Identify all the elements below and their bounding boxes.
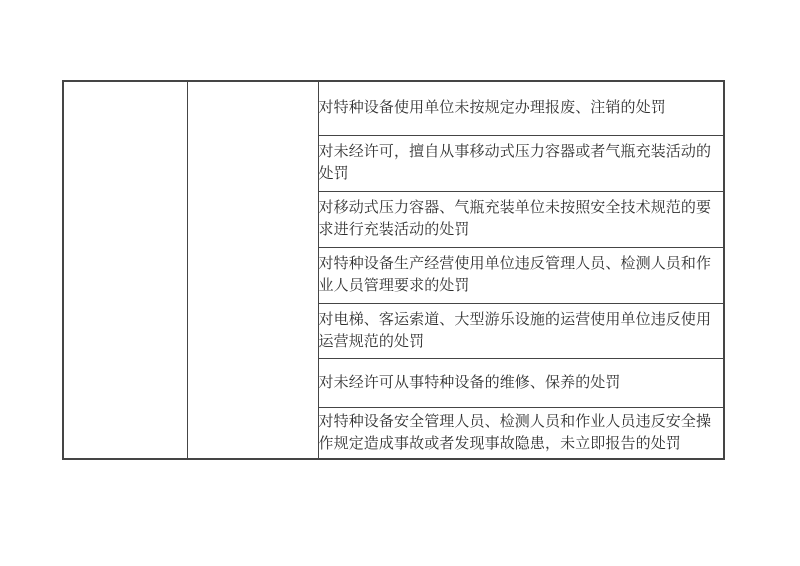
document-page: 对特种设备使用单位未按规定办理报废、注销的处罚 对未经许可，擅自从事移动式压力容… — [0, 0, 800, 566]
penalty-cell: 对特种设备安全管理人员、检测人员和作业人员违反安全操作规定造成事故或者发现事故隐… — [318, 407, 724, 459]
empty-merged-cell-col1 — [63, 81, 187, 459]
penalty-cell: 对特种设备生产经营使用单位违反管理人员、检测人员和作业人员管理要求的处罚 — [318, 247, 724, 303]
penalty-cell: 对电梯、客运索道、大型游乐设施的运营使用单位违反使用运营规范的处罚 — [318, 303, 724, 358]
empty-merged-cell-col2 — [187, 81, 318, 459]
penalty-cell: 对移动式压力容器、气瓶充装单位未按照安全技术规范的要求进行充装活动的处罚 — [318, 191, 724, 247]
penalty-cell: 对未经许可从事特种设备的维修、保养的处罚 — [318, 358, 724, 407]
penalty-cell: 对特种设备使用单位未按规定办理报废、注销的处罚 — [318, 81, 724, 135]
penalty-table: 对特种设备使用单位未按规定办理报废、注销的处罚 对未经许可，擅自从事移动式压力容… — [62, 80, 725, 460]
penalty-cell: 对未经许可，擅自从事移动式压力容器或者气瓶充装活动的处罚 — [318, 135, 724, 191]
table-row: 对特种设备使用单位未按规定办理报废、注销的处罚 — [63, 81, 724, 135]
